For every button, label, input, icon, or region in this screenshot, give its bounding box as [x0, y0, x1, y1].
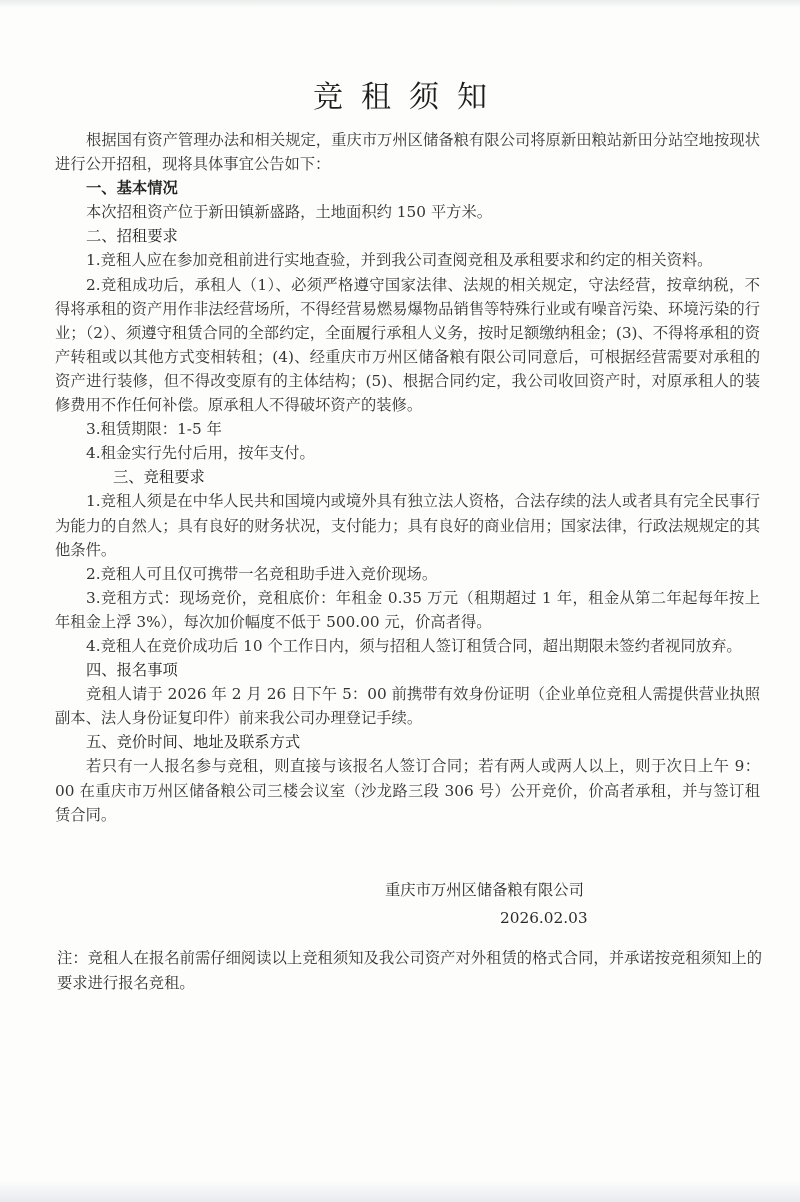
section-heading-time-location-contact: 五、竞价时间、地址及联系方式: [55, 730, 760, 754]
section-paragraph: 3.租赁期限：1-5 年: [55, 417, 760, 441]
section-paragraph: 若只有一人报名参与竞租，则直接与该报名人签订合同；若有两人或两人以上，则于次日上…: [55, 754, 760, 826]
section-paragraph: 2.竞租人可且仅可携带一名竞租助手进入竞价现场。: [55, 562, 760, 586]
section-heading-rental-requirements: 二、招租要求: [55, 224, 760, 248]
scanned-document-page: 竞租须知 根据国有资产管理办法和相关规定，重庆市万州区储备粮有限公司将原新田粮站…: [0, 0, 800, 1202]
section-paragraph: 本次招租资产位于新田镇新盛路，土地面积约 150 平方米。: [55, 200, 760, 224]
scan-top-edge: [0, 0, 800, 8]
section-paragraph: 3.竞租方式：现场竞价，竞租底价：年租金 0.35 万元（租期超过 1 年，租金…: [55, 586, 760, 634]
section-heading-registration: 四、报名事项: [55, 658, 760, 682]
signature-block: 重庆市万州区储备粮有限公司 2026.02.03: [385, 876, 588, 932]
section-heading-bidding-requirements: 三、竞租要求: [55, 465, 760, 489]
section-heading-basic-info: 一、基本情况: [55, 176, 760, 200]
document-body: 根据国有资产管理办法和相关规定，重庆市万州区储备粮有限公司将原新田粮站新田分站空…: [55, 128, 760, 827]
footnote: 注：竞租人在报名前需仔细阅读以上竞租须知及我公司资产对外租赁的格式合同，并承诺按…: [57, 946, 762, 996]
scan-bottom-edge: [0, 1180, 800, 1202]
section-paragraph: 竞租人请于 2026 年 2 月 26 日下午 5：00 前携带有效身份证明（企…: [55, 682, 760, 730]
document-title: 竞租须知: [0, 72, 800, 116]
intro-paragraph: 根据国有资产管理办法和相关规定，重庆市万州区储备粮有限公司将原新田粮站新田分站空…: [55, 128, 760, 176]
signature-company: 重庆市万州区储备粮有限公司: [385, 876, 588, 904]
section-paragraph: 1.竞租人应在参加竞租前进行实地查验，并到我公司查阅竞租及承租要求和约定的相关资…: [55, 248, 760, 272]
section-paragraph: 4.租金实行先付后用，按年支付。: [55, 441, 760, 465]
section-paragraph: 1.竞租人须是在中华人民共和国境内或境外具有独立法人资格，合法存续的法人或者具有…: [55, 489, 760, 561]
signature-date: 2026.02.03: [385, 904, 588, 932]
section-paragraph: 2.竞租成功后，承租人（1）、必须严格遵守国家法律、法规的相关规定，守法经营，按…: [55, 273, 760, 418]
section-paragraph: 4.竞租人在竞价成功后 10 个工作日内，须与招租人签订租赁合同，超出期限未签约…: [55, 634, 760, 658]
